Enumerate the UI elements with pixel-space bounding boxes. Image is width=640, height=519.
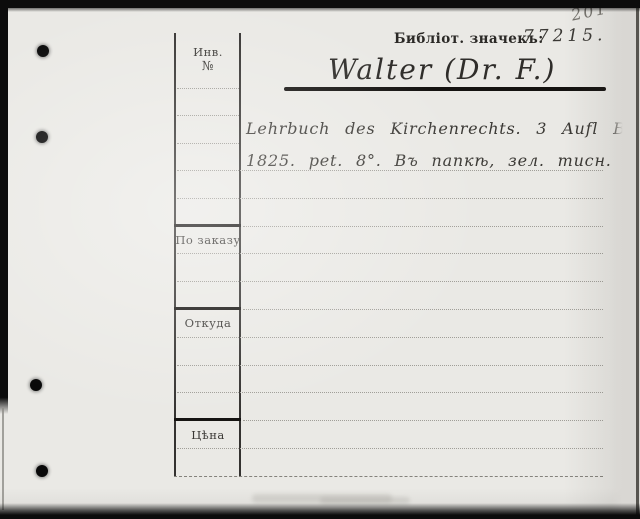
ruled-line (177, 115, 239, 116)
section-label-by-order: По заказу (175, 234, 241, 247)
section-divider (174, 307, 241, 310)
inventory-label-line2: № (175, 59, 241, 72)
ruled-line (177, 337, 603, 338)
column-right-line (239, 33, 241, 477)
section-divider (174, 224, 241, 227)
ruled-line (243, 226, 603, 227)
library-mark-value: 77215. (523, 25, 607, 46)
scan-border-bottom (0, 503, 640, 519)
ruled-line (177, 198, 603, 199)
body-line-1: Lehrbuch des Kirchenrechts. 3 Aufl Bonn. (246, 119, 640, 138)
ruled-line (177, 253, 603, 254)
catalog-card-scan: Инв. № По заказу Откуда Цѣна Библіот. зн… (0, 0, 640, 519)
ruled-area-bottom-line (174, 476, 603, 477)
ruled-line (177, 170, 603, 171)
title-underline (284, 87, 606, 91)
punch-hole (36, 131, 48, 143)
body-line-2: 1825. pet. 8°. Въ папкѣ, зел. тисн. (246, 151, 612, 170)
scan-border-left (0, 0, 8, 414)
ruled-line (177, 143, 239, 144)
ruled-line (177, 365, 603, 366)
section-label-inventory-number: Инв. № (175, 46, 241, 72)
card-left-edge-line (2, 408, 4, 510)
punch-hole (36, 465, 48, 477)
punch-hole (30, 379, 42, 391)
punch-hole (37, 45, 49, 57)
section-label-price: Цѣна (175, 429, 241, 442)
card-title: Walter (Dr. F.) (328, 53, 556, 86)
scan-border-top-fade (0, 8, 640, 12)
scan-border-right (636, 0, 639, 519)
ruled-line (177, 88, 239, 89)
column-left-line (174, 33, 176, 477)
ruled-line (177, 281, 603, 282)
section-divider (174, 418, 241, 421)
ruled-line (243, 420, 603, 421)
scan-border-top (0, 0, 640, 8)
section-label-origin: Откуда (175, 317, 241, 330)
ruled-line (177, 448, 603, 449)
ruled-line (243, 309, 603, 310)
library-mark-label: Библіот. значекъ: (394, 31, 544, 47)
ruled-line (177, 392, 603, 393)
